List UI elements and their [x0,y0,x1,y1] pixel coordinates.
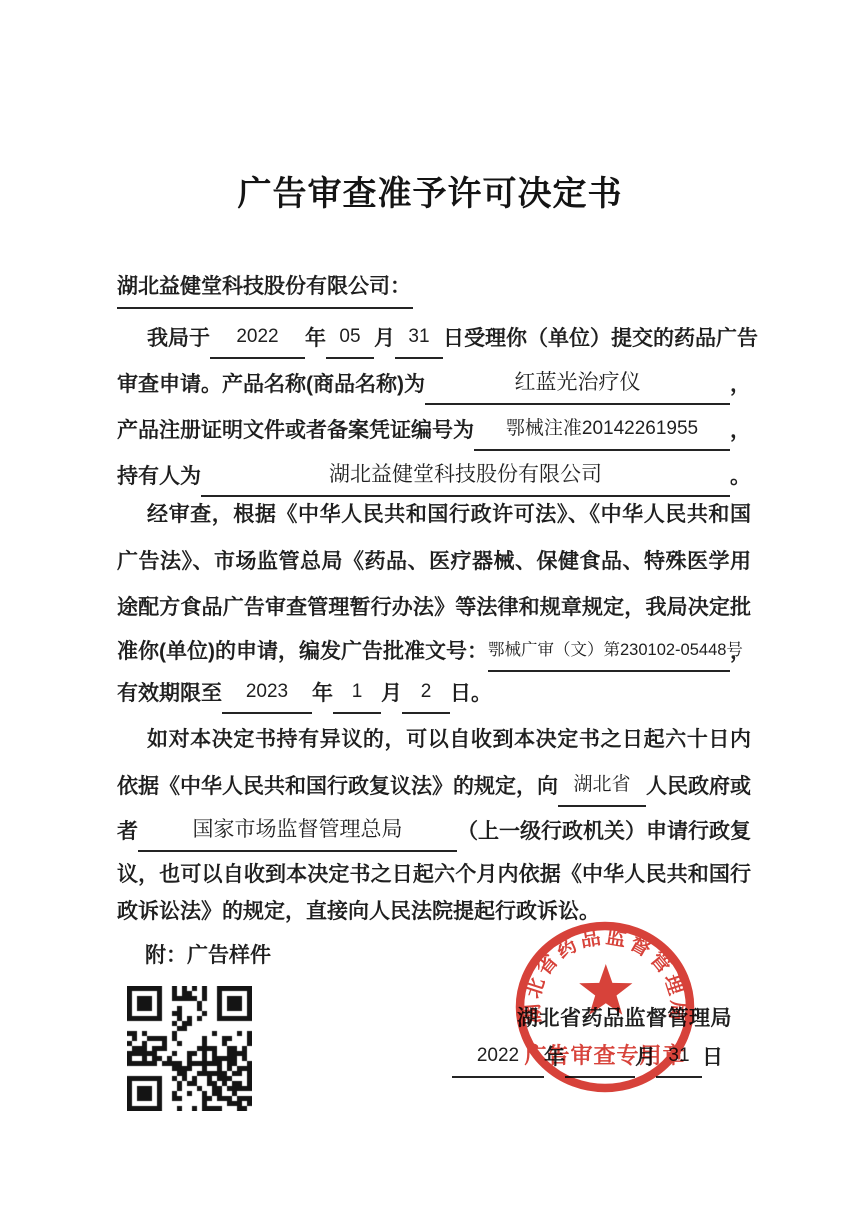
text-segment: 有效期限至 [117,674,222,714]
text-segment: 年 [305,319,326,359]
attachment-note: 附：广告样件 [145,936,271,980]
text-segment: 产品注册证明文件或者备案凭证编号为 [117,411,474,451]
fill-expiry-month: 1 [333,672,381,714]
text-segment: 审查申请。产品名称(商品名称)为 [117,365,425,405]
text-segment: ， [730,411,751,451]
fill-review-agency: 国家市场监督管理总局 [138,810,457,852]
body-line-p1l4: 持有人为 湖北益健堂科技股份有限公司 。 [117,453,751,497]
fill-issue-month [565,1076,635,1078]
text-segment: 者 [117,812,138,852]
text-segment: （上一级行政机关）申请行政复 [457,812,751,852]
body-line-p2l3: 途配方食品广告审查管理暂行办法》等法律和规章规定，我局决定批 [117,586,751,630]
text-segment: 依据《中华人民共和国行政复议法》的规定，向 [117,767,558,807]
body-line-p3l2: 依据《中华人民共和国行政复议法》的规定，向 湖北省 人民政府或 [117,763,751,807]
addressee-colon: ： [390,275,411,298]
text-segment: 年 [312,674,333,714]
fill-receipt-day: 31 [395,317,443,359]
text-segment: 月 [381,674,402,714]
body-line-p1l2: 审查申请。产品名称(商品名称)为 红蓝光治疗仪 ， [117,361,751,405]
fill-holder-name: 湖北益健堂科技股份有限公司 [201,455,730,497]
body-line-p2l4: 准你(单位)的申请，编发广告批准文号： 鄂械广审（文）第230102-05448… [117,628,751,672]
addressee-name: 湖北益健堂科技股份有限公司 [117,275,390,298]
body-line-p1l1: 我局于 2022 年 05 月 31 日受理你（单位）提交的药品广告 [117,315,751,359]
fill-expiry-day: 2 [402,672,450,714]
text-segment: 持有人为 [117,457,201,497]
fill-issue-year: 2022 [452,1036,544,1078]
text-segment: 。 [730,457,751,497]
fill-issue-day: 31 [656,1036,702,1078]
fill-expiry-year: 2023 [222,672,312,714]
addressee-line: 湖北益健堂科技股份有限公司： [117,265,751,309]
text-segment: ， [730,365,751,405]
issue-date-line: 2022 年 月 31 日 [452,1034,752,1078]
text-segment: ， [730,632,751,672]
body-line-p2l5: 有效期限至 2023 年 1 月 2 日。 [117,670,751,714]
fill-registration-number: 鄂械注准20142261955 [474,409,730,451]
qr-code [127,986,252,1111]
text-segment: 人民政府或 [646,767,751,807]
text-segment: 月 [374,319,395,359]
text-segment: 日受理你（单位）提交的药品广告 [443,319,758,359]
fill-approval-number: 鄂械广审（文）第230102-05448号 [488,630,730,672]
body-line-p3l3: 者 国家市场监督管理总局 （上一级行政机关）申请行政复 [117,808,751,852]
issuing-authority: 湖北省药品监督管理局 [517,1004,732,1034]
body-line-p3l1: 如对本决定书持有异议的，可以自收到本决定书之日起六十日内 [117,718,751,762]
page-title: 广告审查准予许可决定书 [0,166,860,215]
fill-receipt-year: 2022 [210,317,305,359]
fill-receipt-month: 05 [326,317,374,359]
body-line-p2l1: 经审查，根据《中华人民共和国行政许可法》、《中华人民共和国 [117,493,751,537]
addressee-underline: 湖北益健堂科技股份有限公司： [117,267,413,309]
body-line-p3l5: 政诉讼法》的规定，直接向人民法院提起行政诉讼。 [117,890,751,934]
body-line-p2l2: 广告法》、市场监管总局《药品、医疗器械、保健食品、特殊医学用 [117,540,751,584]
text-segment: 准你(单位)的申请，编发广告批准文号： [117,632,488,672]
fill-product-name: 红蓝光治疗仪 [425,363,730,405]
text-segment: 我局于 [147,319,210,359]
date-month-label: 月 [635,1038,656,1078]
document-page: 广告审查准予许可决定书 湖北益健堂科技股份有限公司： 我局于 2022 年 05… [0,0,860,1216]
text-segment: 日。 [450,674,492,714]
fill-province: 湖北省 [558,765,646,807]
body-line-p1l3: 产品注册证明文件或者备案凭证编号为 鄂械注准20142261955 ， [117,407,751,451]
date-year-label: 年 [544,1038,565,1078]
date-day-label: 日 [702,1038,723,1078]
